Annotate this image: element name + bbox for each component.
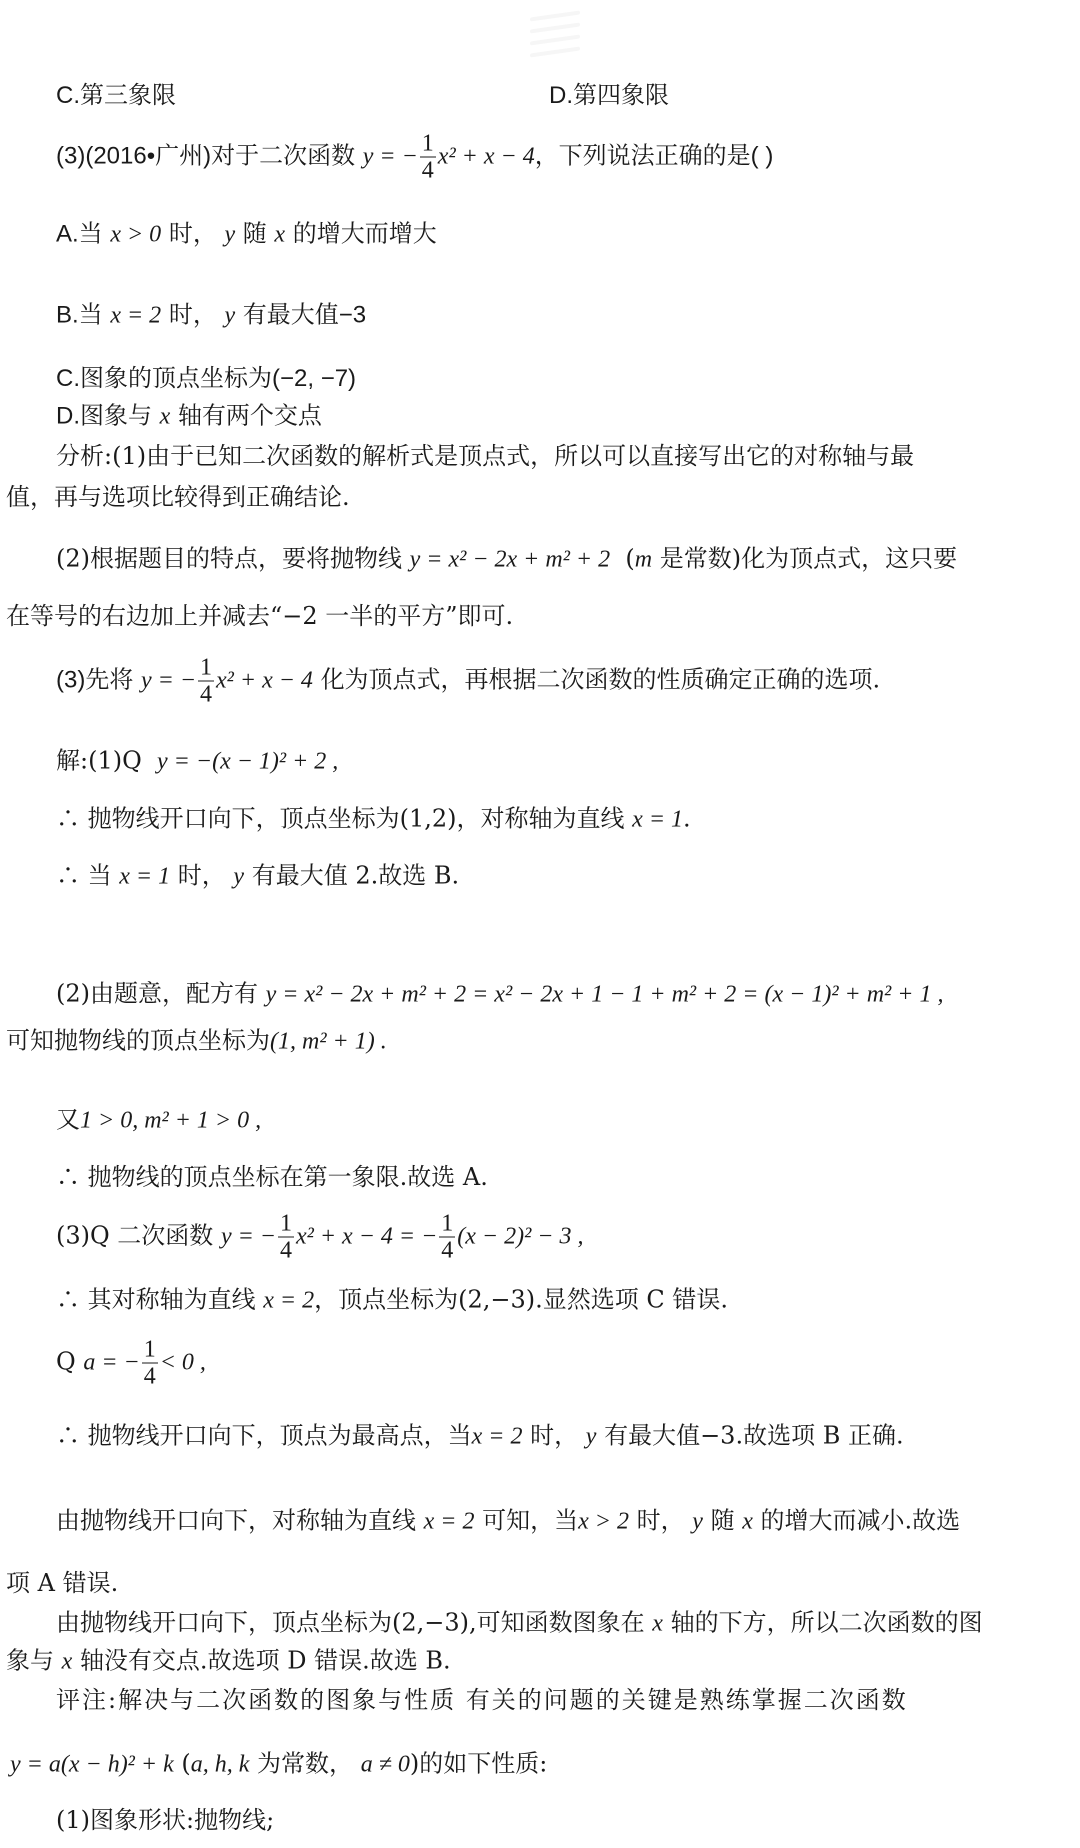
solution-3-line8: 象与 x 轴没有交点.故选项 D 错误.故选 B. [6, 1646, 451, 1677]
option-a: A.当 x > 0 时， y 随 x 的增大而增大 [56, 219, 437, 250]
option-b: B.当 x = 2 时， y 有最大值−3 [56, 300, 366, 331]
fraction: 14 [420, 131, 436, 184]
analysis-1: 分析:(1)由于已知二次函数的解析式是顶点式，所以可以直接写出它的对称轴与最 [56, 441, 914, 471]
analysis-2: (2)根据题目的特点，要将抛物线 y = x² − 2x + m² + 2 (m… [56, 544, 957, 575]
option-c-previous: C.第三象限 [56, 81, 176, 111]
comment-line3: (1)图象形状:抛物线; [56, 1805, 274, 1835]
solution-3: (3)Q 二次函数 y = −14x² + x − 4 = −14(x − 2)… [56, 1211, 584, 1264]
solution-2-line2: 可知抛物线的顶点坐标为(1, m² + 1) . [6, 1026, 387, 1057]
solution-1: 解:(1)Q y = −(x − 1)² + 2 , [56, 746, 338, 777]
solution-1-line2: ∴ 抛物线开口向下，顶点坐标为(1,2)，对称轴为直线 x = 1. [56, 804, 691, 835]
solution-2-line4: ∴ 抛物线的顶点坐标在第一象限.故选 A. [56, 1162, 488, 1192]
solution-3-line7: 由抛物线开口向下，顶点坐标为(2,−3),可知函数图象在 x 轴的下方，所以二次… [56, 1608, 983, 1639]
analysis-2-cont: 在等号的右边加上并减去“−2 一半的平方”即可. [6, 601, 513, 631]
comment-line2: y = a(x − h)² + k (a, h, k 为常数， a ≠ 0)的如… [10, 1749, 547, 1780]
option-d: D.图象与 x 轴有两个交点 [56, 401, 322, 432]
option-c: C.图象的顶点坐标为(−2, −7) [56, 364, 356, 394]
solution-3-line6: 项 A 错误. [6, 1568, 118, 1598]
solution-3-line4: ∴ 抛物线开口向下，顶点为最高点，当x = 2 时， y 有最大值−3.故选项 … [56, 1421, 904, 1452]
watermark-logo-icon [530, 6, 580, 66]
question-3: (3)(2016•广州)对于二次函数 y = −14x² + x − 4，下列说… [56, 131, 773, 184]
solution-2: (2)由题意，配方有 y = x² − 2x + m² + 2 = x² − 2… [56, 979, 943, 1010]
option-d-previous: D.第四象限 [549, 81, 669, 111]
comment-line1: 评注:解决与二次函数的图象与性质 有关的问题的关键是熟练掌握二次函数 [56, 1685, 908, 1715]
solution-2-line3: 又1 > 0, m² + 1 > 0 , [56, 1105, 261, 1136]
solution-3-line5: 由抛物线开口向下，对称轴为直线 x = 2 可知，当x > 2 时， y 随 x… [56, 1506, 960, 1537]
solution-1-line3: ∴ 当 x = 1 时， y 有最大值 2.故选 B. [56, 861, 459, 892]
solution-3-line3: Q a = −14< 0 , [56, 1337, 206, 1390]
analysis-3: (3)先将 y = −14x² + x − 4 化为顶点式，再根据二次函数的性质… [56, 655, 880, 708]
analysis-1-cont: 值，再与选项比较得到正确结论. [6, 482, 350, 512]
solution-3-line2: ∴ 其对称轴为直线 x = 2，顶点坐标为(2,−3).显然选项 C 错误. [56, 1285, 728, 1316]
